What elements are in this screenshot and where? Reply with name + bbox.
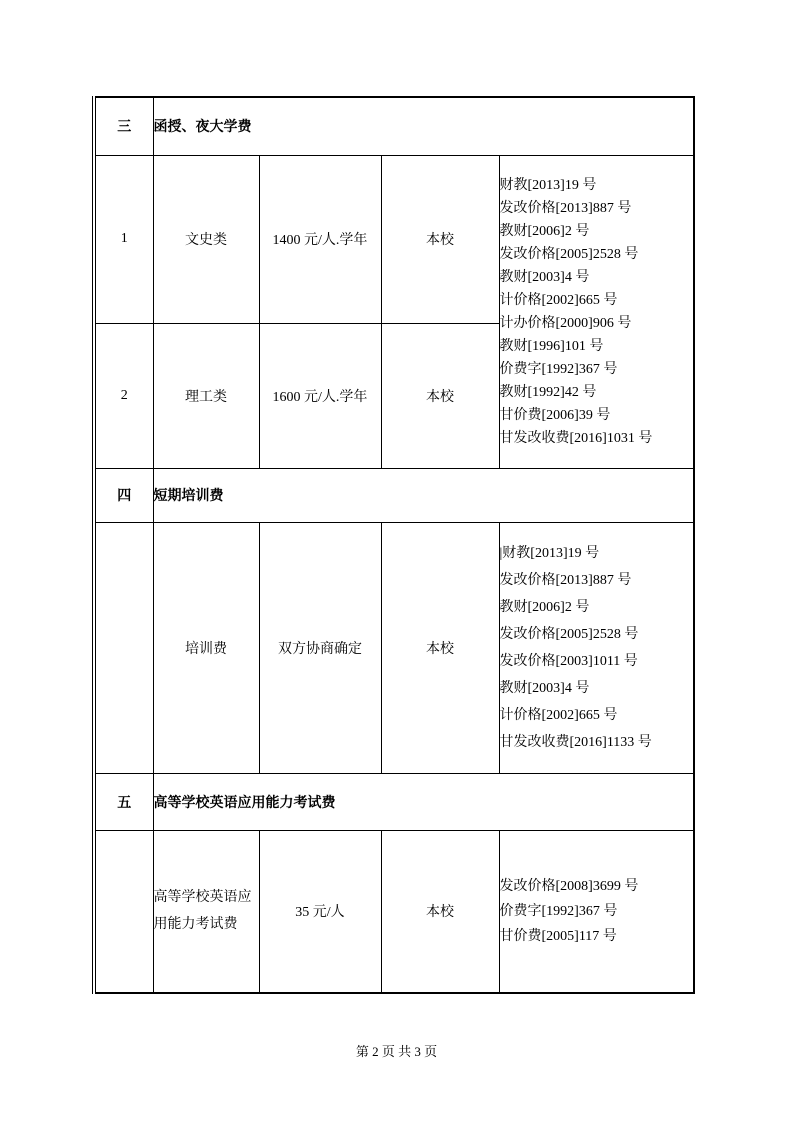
fee-basis-documents: 财教[2013]19 号 发改价格[2013]887 号 教财[2006]2 号… xyxy=(499,155,694,468)
row-number xyxy=(94,522,153,773)
fee-scope: 本校 xyxy=(381,155,499,323)
fee-row: 高等学校英语应用能力考试费 35 元/人 本校 发改价格[2008]3699 号… xyxy=(94,830,694,993)
fee-scope: 本校 xyxy=(381,323,499,468)
row-number: 1 xyxy=(94,155,153,323)
fee-name: 理工类 xyxy=(153,323,259,468)
section-number: 三 xyxy=(94,97,153,155)
fee-rate: 1600 元/人.学年 xyxy=(259,323,381,468)
fee-rate: 双方协商确定 xyxy=(259,522,381,773)
fee-rate: 35 元/人 xyxy=(259,830,381,993)
section-number: 五 xyxy=(94,773,153,830)
section-header-row: 三 函授、夜大学费 xyxy=(94,97,694,155)
fee-standard-table: 三 函授、夜大学费 1 文史类 1400 元/人.学年 本校 财教[2013]1… xyxy=(92,96,695,994)
section-title: 函授、夜大学费 xyxy=(153,97,694,155)
page-number-footer: 第 2 页 共 3 页 xyxy=(0,1041,793,1060)
row-number: 2 xyxy=(94,323,153,468)
section-header-row: 五 高等学校英语应用能力考试费 xyxy=(94,773,694,830)
fee-scope: 本校 xyxy=(381,522,499,773)
fee-row: 1 文史类 1400 元/人.学年 本校 财教[2013]19 号 发改价格[2… xyxy=(94,155,694,323)
fee-name: 高等学校英语应用能力考试费 xyxy=(153,830,259,993)
fee-basis-documents: 发改价格[2008]3699 号 价费字[1992]367 号 甘价费[2005… xyxy=(499,830,694,993)
section-header-row: 四 短期培训费 xyxy=(94,468,694,522)
section-number: 四 xyxy=(94,468,153,522)
fee-scope: 本校 xyxy=(381,830,499,993)
fee-name: 培训费 xyxy=(153,522,259,773)
section-title: 短期培训费 xyxy=(153,468,694,522)
fee-basis-documents: |财教[2013]19 号 发改价格[2013]887 号 教财[2006]2 … xyxy=(499,522,694,773)
fee-row: 培训费 双方协商确定 本校 |财教[2013]19 号 发改价格[2013]88… xyxy=(94,522,694,773)
fee-rate: 1400 元/人.学年 xyxy=(259,155,381,323)
section-title: 高等学校英语应用能力考试费 xyxy=(153,773,694,830)
row-number xyxy=(94,830,153,993)
fee-name: 文史类 xyxy=(153,155,259,323)
